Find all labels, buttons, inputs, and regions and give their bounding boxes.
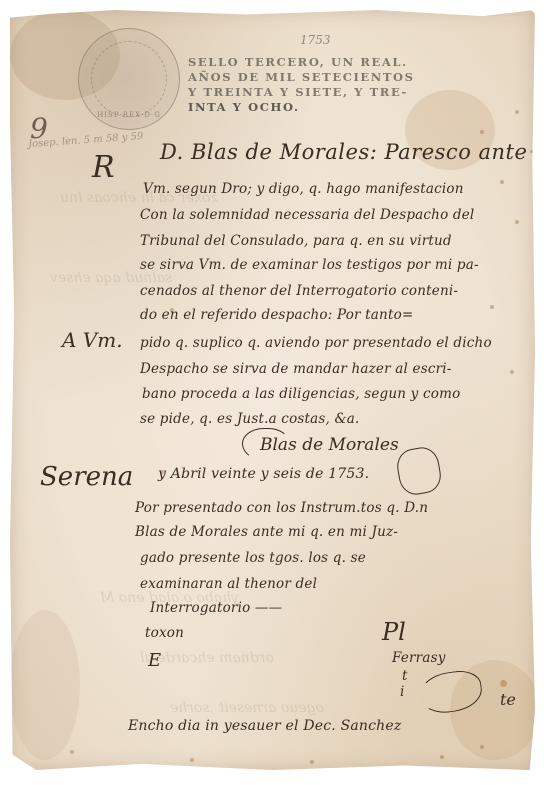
body-line: se pide, q. es Just.a costas, &a. [140, 411, 359, 427]
signature-2-flourish: te [500, 690, 516, 709]
decree-place: Serena [40, 462, 133, 492]
decree-closing-mark: E [148, 650, 161, 671]
stamp-line: Sello tercero, un real. [188, 55, 478, 70]
signature-2-line: i [400, 684, 405, 700]
foxing-spot [515, 110, 519, 114]
body-line: cenados al thenor del Interrogatorio con… [140, 283, 458, 299]
decree-line: Blas de Morales ante mi q. en mi Juz- [135, 524, 398, 540]
foxing-spot [70, 750, 74, 754]
royal-seal-stamp: HISP·REX·D·G [78, 28, 180, 130]
foxing-spot [190, 758, 194, 762]
foxing-spot [500, 680, 507, 687]
body-line: do en el referido despacho: Por tanto= [140, 307, 413, 323]
stamped-paper-header: Sello tercero, un real. Años de mil sete… [188, 55, 478, 115]
stamp-line: Años de mil setecientos [188, 70, 478, 85]
signature-flourish [242, 428, 290, 462]
decree-line: Por presentado con los Instrum.tos q. D.… [135, 500, 428, 516]
water-stain [10, 610, 80, 760]
margin-initial-avm: A Vm. [62, 328, 123, 352]
body-line: Tribunal del Consulado, para q. en su vi… [140, 233, 452, 249]
body-line: Con la solemnidad necessaria del Despach… [140, 207, 474, 223]
seal-inner-ring [91, 41, 167, 117]
body-line-opening: D. Blas de Morales: Paresco ante [160, 140, 527, 164]
body-line: se sirva Vm. de examinar los testigos po… [140, 257, 479, 273]
foxing-spot [490, 305, 494, 309]
foxing-spot [480, 745, 484, 749]
seal-legend: HISP·REX·D·G [79, 111, 179, 119]
decree-line: examinaran al thenor del [140, 576, 317, 592]
foxing-spot [515, 220, 519, 224]
decree-line: gado presente los tgos. los q. se [140, 550, 366, 566]
date-annotation: 1753 [300, 33, 331, 47]
foxing-spot [440, 755, 444, 759]
body-line: Despacho se sirva de mandar hazer al esc… [140, 361, 452, 377]
signature-2-line: Ferrasy [392, 650, 446, 666]
decree-line: Interrogatorio —— [150, 600, 282, 616]
signature-2-line: Pl [382, 618, 406, 646]
margin-initial-r: R [92, 150, 115, 185]
body-line: bano proceda a las diligencias, segun y … [142, 386, 460, 402]
foxing-spot [480, 130, 484, 134]
signature-2-line: t [402, 668, 408, 684]
foxing-spot [530, 150, 533, 153]
body-line: Vm. segun Dro; y digo, q. hago manifesta… [143, 181, 464, 197]
foxing-spot [510, 370, 514, 374]
body-line: pido q. suplico q. aviendo por presentad… [140, 335, 492, 351]
stamp-line: inta y ocho. [188, 100, 478, 115]
stamp-line: y treinta y siete, y tre- [188, 85, 478, 100]
bleed-through-text: ogeuo arneseit ,sorhe [170, 700, 324, 716]
foxing-spot [310, 760, 314, 764]
decree-line: y Abril veinte y seis de 1753. [158, 466, 369, 482]
foxing-spot [500, 180, 504, 184]
final-notation-line: Encho dia in yesauer el Dec. Sanchez [128, 718, 401, 734]
decree-closing: toxon [145, 625, 184, 641]
